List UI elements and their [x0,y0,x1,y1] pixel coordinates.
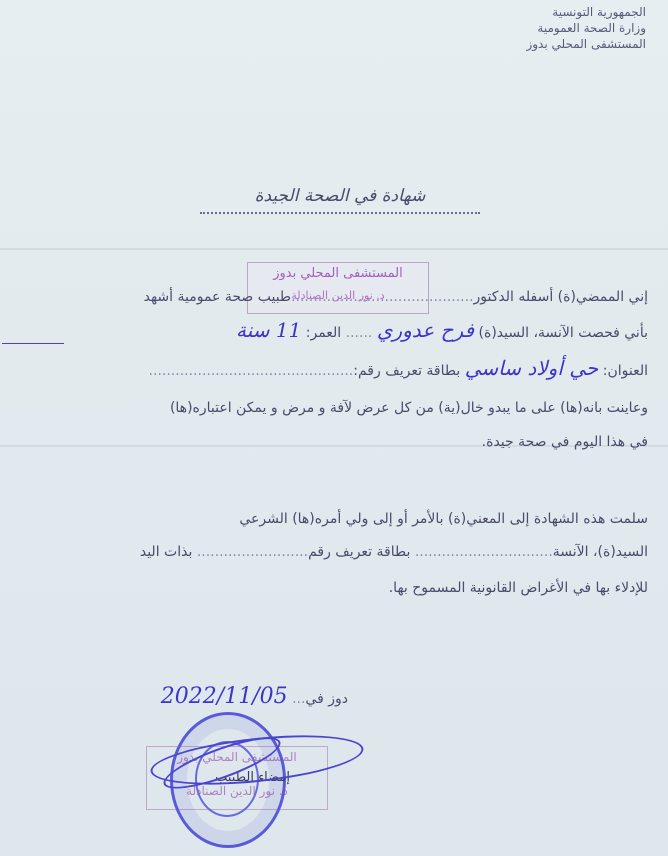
body-line-legal-purpose: للإدلاء بها في الأغراض القانونية المسموح… [389,580,648,596]
id-card-field: ........................................… [149,363,354,379]
letterhead-republic: الجمهورية التونسية [446,4,646,20]
recipient-id-field: ......................... [197,544,308,560]
body-line-health-status: في هذا اليوم في صحة جيدة. [482,434,648,450]
hospital-stamp-top: المستشفى المحلي بدوز د. نور الدين الصناد… [247,262,429,314]
address-label: العنوان: [603,363,648,379]
handwritten-underline [2,343,64,344]
stamp-hospital-name: المستشفى المحلي بدوز [248,263,428,285]
patient-name-handwritten: فرح عدوري [377,318,474,342]
date-handwritten: 2022/11/05 [161,684,288,709]
footer-place-date: دوز في... 2022/11/05 [161,684,348,709]
doctor-intro-text: إني الممضي(ة) أسفله الدكتور [474,289,648,305]
id-card-label: بطاقة تعريف رقم: [353,363,460,379]
recipient-label: السيد(ة)، الآنسة [553,544,648,560]
age-handwritten: 11 سنة [236,318,301,342]
letterhead: الجمهورية التونسية وزارة الصحة العمومية … [446,4,646,52]
body-line-doctor: إني الممضي(ة) أسفله الدكتور.............… [144,289,648,305]
recipient-id-label: بطاقة تعريف رقم [308,544,410,560]
by-hand-text: بذات اليد [140,544,193,560]
body-line-patient: بأني فحصت الآنسة، السيد(ة) فرح عدوري ...… [236,318,648,342]
recipient-name-field: ............................... [415,544,553,560]
letterhead-ministry: وزارة الصحة العمومية [446,20,646,36]
document-page: الجمهورية التونسية وزارة الصحة العمومية … [0,0,668,856]
doctor-name-field: ........................................… [291,289,473,305]
body-line-recipient: السيد(ة)، الآنسة........................… [140,544,648,560]
body-line-examination: وعاينت بانه(ها) على ما يبدو خال(ية) من ك… [170,400,648,416]
paper-fold-line [0,248,668,250]
age-label: العمر: [306,325,341,341]
body-line-issuance: سلمت هذه الشهادة إلى المعني(ة) بالأمر أو… [239,511,648,527]
body-line-address: العنوان: حي أولاد ساسي بطاقة تعريف رقم:.… [149,356,648,380]
document-title: شهادة في الصحة الجيدة [200,186,480,214]
address-handwritten: حي أولاد ساسي [465,356,599,380]
dots-filler: ... [292,691,305,707]
doctor-title-text: طبيب صحة عمومية أشهد [144,289,291,305]
patient-intro-text: بأني فحصت الآنسة، السيد(ة) [479,325,648,341]
dots-filler: ...... [346,325,373,341]
letterhead-hospital: المستشفى المحلي بدوز [446,36,646,52]
place-label: دوز في [305,691,348,707]
